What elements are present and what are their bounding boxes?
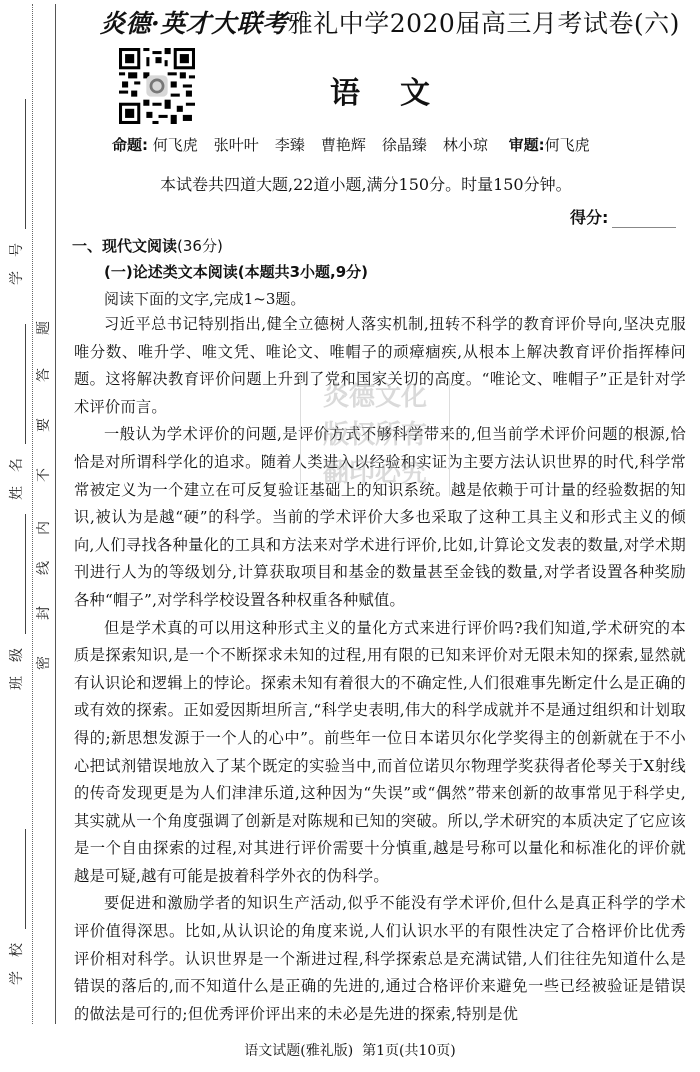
seal-dotted-line [32, 4, 33, 1024]
reviewer-label: 审题: [509, 136, 545, 154]
author-name: 徐晶臻 [382, 136, 427, 154]
author-name: 李臻 [275, 136, 305, 154]
section-heading: 一、现代文阅读(36分) [72, 235, 223, 256]
page-footer: 语文试题(雅礼版) 第1页(共10页) [0, 1040, 700, 1060]
author-name: 曹艳辉 [321, 136, 366, 154]
name-blank[interactable] [11, 324, 26, 444]
score-field: 得分: [570, 205, 676, 228]
passage-paragraph: 要促进和激励学者的知识生产活动,似乎不能没有学术评价,但什么是真正科学的学术评价… [74, 890, 686, 1028]
class-blank[interactable] [11, 514, 26, 634]
passage-paragraph: 但是学术真的可以用这种形式主义的量化方式来进行评价吗?我们知道,学术研究的本质是… [74, 615, 686, 891]
qr-code-icon[interactable] [119, 48, 195, 124]
seal-char: 封 [33, 606, 53, 620]
margin-solid-line [55, 4, 56, 1024]
score-label: 得分: [570, 205, 608, 228]
authors-label: 命题: [112, 136, 148, 154]
subject-title: 语文 [330, 68, 470, 112]
reviewer-name: 何飞虎 [545, 136, 590, 154]
school-blank[interactable] [11, 829, 26, 929]
authors-line: 命题: 何飞虎张叶叶李臻曹艳辉徐晶臻林小琼 审题:何飞虎 [112, 134, 590, 155]
subsection-heading: (一)论述类文本阅读(本题共3小题,9分) [104, 261, 368, 282]
footer-page-info: 第1页(共10页) [362, 1043, 456, 1059]
reading-passage: 习近平总书记特别指出,健全立德树人落实机制,扭转不科学的教育评价导向,坚决克服唯… [74, 311, 686, 1028]
seal-char: 要 [33, 418, 53, 432]
author-name: 林小琼 [443, 136, 488, 154]
author-name: 张叶叶 [214, 136, 259, 154]
seal-char: 题 [33, 321, 53, 335]
exam-title-rest: 雅礼中学2020届高三月考试卷(六) [288, 9, 680, 38]
student-field-number: 学号 [6, 99, 26, 285]
seal-char: 线 [33, 561, 53, 575]
passage-paragraph: 一般认为学术评价的问题,是评价方式不够科学带来的,但当前学术评价问题的根源,恰恰… [74, 421, 686, 614]
reading-instruction: 阅读下面的文字,完成1~3题。 [104, 288, 305, 309]
author-name: 何飞虎 [153, 136, 198, 154]
number-blank[interactable] [11, 99, 26, 229]
exam-title: 炎德·英才大联考雅礼中学2020届高三月考试卷(六) [100, 4, 700, 40]
seal-char: 不 [33, 468, 53, 482]
score-blank[interactable] [612, 211, 676, 228]
seal-char: 密 [33, 656, 53, 670]
student-field-school: 学校 [6, 829, 26, 985]
student-field-name: 姓名 [6, 324, 26, 500]
footer-exam-name: 语文试题(雅礼版) [244, 1043, 353, 1059]
exam-summary: 本试卷共四道大题,22道小题,满分150分。时量150分钟。 [160, 172, 572, 195]
exam-brand: 炎德·英才大联考 [100, 9, 288, 38]
seal-char: 内 [33, 521, 53, 535]
student-field-class: 班级 [6, 514, 26, 690]
seal-char: 答 [33, 368, 53, 382]
passage-paragraph: 习近平总书记特别指出,健全立德树人落实机制,扭转不科学的教育评价导向,坚决克服唯… [74, 311, 686, 421]
